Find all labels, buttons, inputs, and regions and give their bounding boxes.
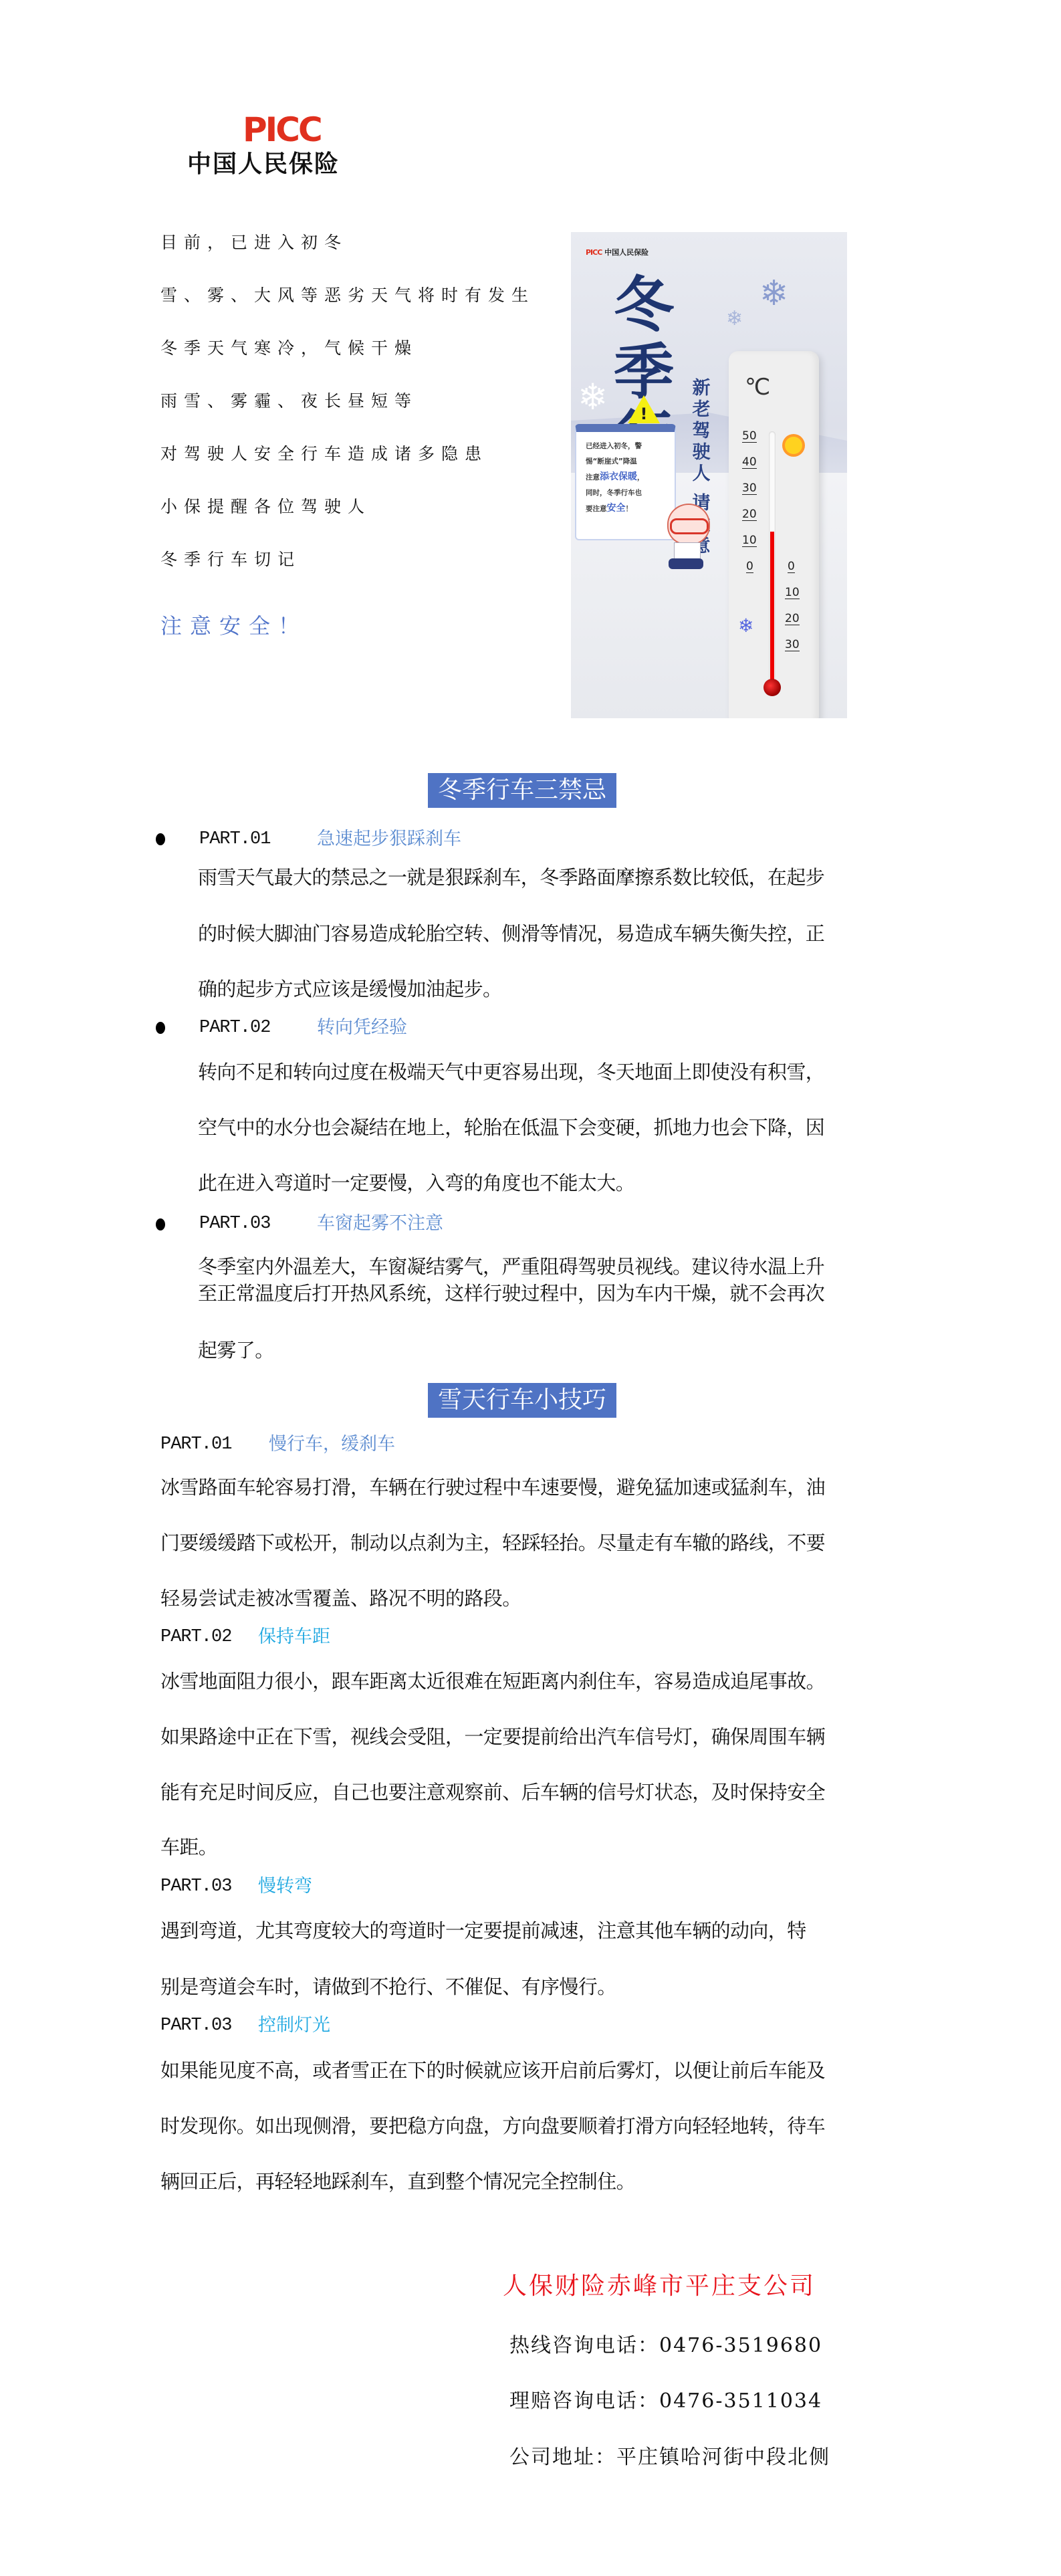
scale-tick: 0 (788, 560, 795, 573)
winter-driving-poster: PICC 中国人民保险 ❄ ❄ ❄ 冬季行车 新老驾驶人 请注意 ℃ ❄ 50 … (571, 232, 847, 718)
snowflake-icon: ❄ (578, 376, 608, 418)
scale-tick: 50 (742, 430, 757, 443)
scale-tick: 20 (785, 613, 800, 625)
mercury-column (770, 532, 774, 685)
section-heading-snow-driving-tips: 雪天行车小技巧 (428, 1383, 616, 1418)
paragraph-line: 冰雪路面车轮容易打滑，车辆在行驶过程中车速要慢，避免猛加速或猛刹车，油 (160, 1477, 825, 1498)
mascot-legs (669, 558, 703, 569)
paragraph-line: 此在进入弯道时一定要慢，入弯的角度也不能太大。 (198, 1172, 634, 1194)
part-label: PART.03 (160, 2016, 231, 2036)
sun-icon (785, 437, 802, 454)
thermometer-bulb (763, 679, 781, 696)
part-label: PART.01 (199, 829, 270, 849)
paragraph-line: 确的起步方式应该是缓慢加油起步。 (198, 978, 501, 1000)
logo-company-name: 中国人民保险 (187, 151, 340, 178)
part-label: PART.03 (160, 1876, 231, 1897)
hotline-phone: 热线咨询电话：0476-3519680 (509, 2335, 822, 2357)
scale-tick: 40 (742, 456, 757, 469)
scale-tick: 0 (746, 560, 753, 573)
paragraph-line: 车距。 (160, 1836, 217, 1858)
paragraph-line: 至正常温度后打开热风系统，这样行驶过程中，因为车内干燥，就不会再次 (198, 1283, 824, 1304)
note-line: 注意添衣保暖， (576, 469, 675, 486)
thermometer: ℃ ❄ 50 40 30 20 10 0 0 10 20 30 (729, 351, 819, 718)
part-title: 车窗起雾不注意 (317, 1214, 443, 1234)
intro-line: 雨雪、雾霾、夜长昼短等 (160, 391, 418, 411)
paragraph-line: 起雾了。 (198, 1339, 274, 1361)
paragraph-line: 冰雪地面阻力很小，跟车距离太近很难在短距离内刹住车，容易造成追尾事故。 (160, 1671, 825, 1692)
note-line: 要注意安全！ (576, 501, 675, 517)
scale-tick: 10 (742, 534, 757, 547)
note-line: 惕“断崖式”降温 (576, 454, 675, 469)
part-label: PART.02 (160, 1627, 231, 1647)
part-title: 慢转弯 (258, 1876, 312, 1897)
scale-tick: 30 (785, 639, 800, 651)
part-title: 急速起步狠踩刹车 (317, 829, 461, 849)
intro-line: 小保提醒各位驾驶人 (160, 497, 371, 517)
paragraph-line: 冬季室内外温差大，车窗凝结雾气，严重阻碍驾驶员视线。建议待水温上升 (198, 1256, 824, 1277)
paragraph-line: 的时候大脚油门容易造成轮胎空转、侧滑等情况，易造成车辆失衡失控，正 (198, 923, 824, 944)
part-label: PART.02 (199, 1018, 270, 1038)
claims-phone: 理赔咨询电话：0476-3511034 (509, 2390, 822, 2413)
paragraph-line: 辆回正后，再轻轻地踩刹车，直到整个情况完全控制住。 (160, 2171, 635, 2192)
bullet-icon (156, 1218, 165, 1230)
paragraph-line: 门要缓缓踏下或松开，制动以点刹为主，轻踩轻抬。尽量走有车辙的路线，不要 (160, 1532, 825, 1553)
safety-reminder: 注意安全！ (160, 614, 308, 638)
part-label: PART.03 (199, 1214, 270, 1234)
paragraph-line: 别是弯道会车时，请做到不抢行、不催促、有序慢行。 (160, 1976, 616, 1998)
logo-mark: PICC (243, 114, 321, 146)
paragraph-line: 轻易尝试走被冰雪覆盖、路况不明的路段。 (160, 1588, 521, 1609)
intro-line: 目前，已进入初冬 (160, 233, 348, 253)
paragraph-line: 时发现你。如出现侧滑，要把稳方向盘，方向盘要顺着打滑方向轻轻地转，待车 (160, 2115, 825, 2137)
poster-brand-name: 中国人民保险 (604, 248, 649, 257)
paragraph-line: 如果路途中正在下雪，视线会受阻，一定要提前给出汽车信号灯，确保周围车辆 (160, 1726, 825, 1747)
part-title: 转向凭经验 (317, 1018, 407, 1038)
mascot-character (661, 497, 714, 570)
mascot-glasses (670, 518, 709, 534)
part-label: PART.01 (160, 1434, 231, 1455)
scale-tick: 20 (742, 508, 757, 521)
celsius-unit: ℃ (745, 374, 770, 401)
poster-brand: PICC 中国人民保险 (586, 247, 649, 257)
scale-tick: 10 (785, 586, 800, 599)
note-line: 已经进入初冬，警 (576, 439, 675, 454)
paragraph-line: 如果能见度不高，或者雪正在下的时候就应该开启前后雾灯，以便让前后车能及 (160, 2060, 825, 2081)
section-heading-winter-taboos: 冬季行车三禁忌 (428, 773, 616, 808)
company-address: 公司地址：平庄镇哈河街中段北侧 (509, 2446, 830, 2469)
scale-tick: 30 (742, 482, 757, 495)
bullet-icon (156, 1022, 165, 1034)
paragraph-line: 转向不足和转向过度在极端天气中更容易出现，冬天地面上即使没有积雪， (198, 1061, 824, 1083)
snowflake-icon: ❄ (759, 274, 789, 314)
picc-logo: PICC 中国人民保险 (187, 107, 381, 187)
part-title: 慢行车，缓刹车 (269, 1434, 395, 1455)
bullet-icon (156, 833, 165, 845)
paragraph-line: 能有充足时间反应，自己也要注意观察前、后车辆的信号灯状态，及时保持安全 (160, 1782, 825, 1803)
part-title: 控制灯光 (258, 2016, 330, 2036)
paragraph-line: 雨雪天气最大的禁忌之一就是狠踩刹车，冬季路面摩擦系数比较低，在起步 (198, 867, 824, 888)
intro-line: 雪、雾、大风等恶劣天气将时有发生 (160, 286, 535, 306)
paragraph-line: 空气中的水分也会凝结在地上，轮胎在低温下会变硬，抓地力也会下降，因 (198, 1117, 824, 1138)
intro-line: 冬季行车切记 (160, 550, 301, 570)
warning-exclamation: ! (636, 405, 652, 423)
snowflake-icon: ❄ (738, 615, 753, 637)
poster-subtitle: 新老驾驶人 (691, 378, 711, 485)
intro-line: 对驾驶人安全行车造成诸多隐患 (160, 444, 488, 464)
branch-company-name: 人保财险赤峰市平庄支公司 (503, 2273, 816, 2300)
part-title: 保持车距 (258, 1627, 330, 1647)
note-line: 同时，冬季行车也 (576, 486, 675, 501)
snowflake-icon: ❄ (726, 307, 743, 330)
intro-line: 冬季天气寒冷，气候干燥 (160, 338, 418, 358)
poster-brand-mark: PICC (586, 248, 602, 257)
paragraph-line: 遇到弯道，尤其弯度较大的弯道时一定要提前减速，注意其他车辆的动向，特 (160, 1920, 806, 1941)
